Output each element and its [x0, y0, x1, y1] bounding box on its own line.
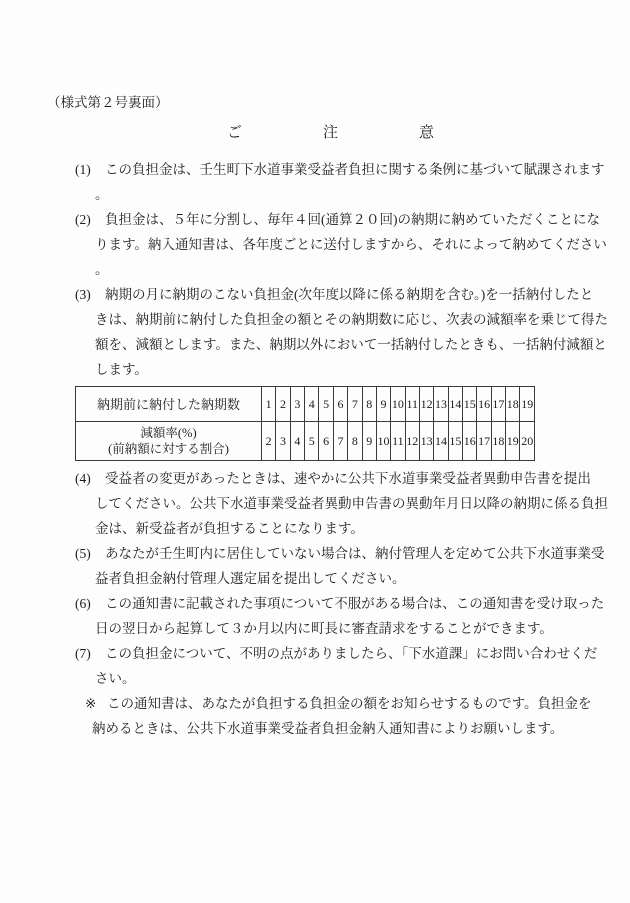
- item-line: します。: [95, 357, 584, 382]
- period-cell: 16: [477, 387, 491, 422]
- item-line: 。: [95, 257, 584, 282]
- item-line: (2)負担金は、５年に分割し、毎年４回(通算２０回)の納期に納めていただくことに…: [75, 207, 584, 232]
- document-page: （様式第２号裏面） ご 注 意 (1)この負担金は、壬生町下水道事業受益者負担に…: [0, 0, 630, 903]
- period-cell: 18: [506, 387, 520, 422]
- rate-cell: 2: [262, 422, 276, 461]
- rate-cell: 12: [405, 422, 419, 461]
- rate-cell: 9: [362, 422, 376, 461]
- item-number: (5): [75, 541, 105, 566]
- rate-cell: 18: [491, 422, 505, 461]
- notice-item-1: (1)この負担金は、壬生町下水道事業受益者負担に関する条例に基づいて賦課されます…: [75, 157, 584, 207]
- item-line: 日の翌日から起算して３か月以内に町長に審査請求をすることができます。: [95, 616, 584, 641]
- item-text: あなたが壬生町内に居住していない場合は、納付管理人を定めて公共下水道事業受: [105, 546, 605, 561]
- item-line: してください。公共下水道事業受益者異動申告書の異動年月日以降の納期に係る負担: [95, 491, 584, 516]
- notice-title: ご 注 意: [227, 123, 630, 143]
- period-cell: 9: [376, 387, 390, 422]
- period-cell: 11: [405, 387, 419, 422]
- notice-item-2: (2)負担金は、５年に分割し、毎年４回(通算２０回)の納期に納めていただくことに…: [75, 207, 584, 282]
- item-number: (6): [75, 591, 105, 616]
- item-line: (7)この負担金について、不明の点がありましたら、「下水道課」にお問い合わせくだ: [75, 641, 584, 666]
- rate-cell: 3: [276, 422, 290, 461]
- prepayment-reduction-table: 納期前に納付した納期数 1 2 3 4 5 6 7 8 9 10 11 12 1…: [75, 386, 535, 461]
- rate-cell: 5: [305, 422, 319, 461]
- rate-cell: 8: [348, 422, 362, 461]
- rate-label-line: (前納額に対する割合): [76, 441, 261, 457]
- footnote: ※この通知書は、あなたが負担する負担金の額をお知らせするものです。負担金を 納め…: [75, 691, 584, 741]
- item-text: 負担金は、５年に分割し、毎年４回(通算２０回)の納期に納めていただくことにな: [105, 212, 600, 227]
- item-number: (1): [75, 157, 105, 182]
- period-cell: 8: [362, 387, 376, 422]
- period-cell: 7: [348, 387, 362, 422]
- period-cell: 17: [491, 387, 505, 422]
- rate-cell: 16: [463, 422, 477, 461]
- notice-title-char: 意: [419, 123, 434, 143]
- item-line: 。: [95, 182, 584, 207]
- rate-cell: 20: [520, 422, 535, 461]
- notice-item-5: (5)あなたが壬生町内に居住していない場合は、納付管理人を定めて公共下水道事業受…: [75, 541, 584, 591]
- periods-row-label: 納期前に納付した納期数: [76, 387, 262, 422]
- item-line: (5)あなたが壬生町内に居住していない場合は、納付管理人を定めて公共下水道事業受: [75, 541, 584, 566]
- period-cell: 2: [276, 387, 290, 422]
- item-line: 額を、減額とします。また、納期以外において一括納付したときも、一括納付減額と: [95, 332, 584, 357]
- rates-row-label: 減額率(%) (前納額に対する割合): [76, 422, 262, 461]
- form-label: （様式第２号裏面）: [47, 95, 630, 111]
- table-row-periods: 納期前に納付した納期数 1 2 3 4 5 6 7 8 9 10 11 12 1…: [76, 387, 535, 422]
- item-line: 益者負担金納付管理人選定届を提出してください。: [95, 566, 584, 591]
- period-cell: 12: [419, 387, 433, 422]
- notice-title-char: ご: [227, 123, 242, 143]
- rate-cell: 7: [333, 422, 347, 461]
- rate-cell: 17: [477, 422, 491, 461]
- item-line: きは、納期前に納付した負担金の額とその納期数に応じ、次表の減額率を乗じて得た: [95, 307, 584, 332]
- item-line: ります。納入通知書は、各年度ごとに送付しますから、それによって納めてください: [95, 232, 584, 257]
- period-cell: 5: [319, 387, 333, 422]
- footnote-line: 納めるときは、公共下水道事業受益者負担金納入通知書によりお願いします。: [92, 716, 584, 741]
- item-line: (6)この通知書に記載された事項について不服がある場合は、この通知書を受け取った: [75, 591, 584, 616]
- item-line: 金は、新受益者が負担することになります。: [95, 516, 584, 541]
- notice-item-6: (6)この通知書に記載された事項について不服がある場合は、この通知書を受け取った…: [75, 591, 584, 641]
- rate-cell: 14: [434, 422, 448, 461]
- period-cell: 14: [448, 387, 462, 422]
- rate-cell: 6: [319, 422, 333, 461]
- rate-cell: 11: [391, 422, 405, 461]
- item-line: (4)受益者の変更があったときは、速やかに公共下水道事業受益者異動申告書を提出: [75, 466, 584, 491]
- item-number: (7): [75, 641, 105, 666]
- period-cell: 15: [463, 387, 477, 422]
- reference-mark: ※: [85, 691, 107, 716]
- notice-item-7: (7)この負担金について、不明の点がありましたら、「下水道課」にお問い合わせくだ…: [75, 641, 584, 691]
- period-cell: 10: [391, 387, 405, 422]
- rate-cell: 4: [290, 422, 304, 461]
- item-text: この負担金は、壬生町下水道事業受益者負担に関する条例に基づいて賦課されます: [105, 162, 605, 177]
- period-cell: 13: [434, 387, 448, 422]
- table-row-rates: 減額率(%) (前納額に対する割合) 2 3 4 5 6 7 8 9 10 11…: [76, 422, 535, 461]
- period-cell: 3: [290, 387, 304, 422]
- item-number: (2): [75, 207, 105, 232]
- rate-cell: 15: [448, 422, 462, 461]
- rate-cell: 19: [506, 422, 520, 461]
- item-line: (1)この負担金は、壬生町下水道事業受益者負担に関する条例に基づいて賦課されます: [75, 157, 584, 182]
- item-text: この通知書に記載された事項について不服がある場合は、この通知書を受け取った: [105, 596, 604, 611]
- rate-label-line: 減額率(%): [76, 425, 261, 441]
- notice-item-4: (4)受益者の変更があったときは、速やかに公共下水道事業受益者異動申告書を提出 …: [75, 466, 584, 541]
- item-number: (4): [75, 466, 105, 491]
- period-cell: 1: [262, 387, 276, 422]
- notice-item-3: (3)納期の月に納期のこない負担金(次年度以降に係る納期を含む。)を一括納付した…: [75, 282, 584, 382]
- footnote-text: この通知書は、あなたが負担する負担金の額をお知らせするものです。負担金を: [107, 696, 592, 711]
- rate-cell: 10: [376, 422, 390, 461]
- item-text: この負担金について、不明の点がありましたら、「下水道課」にお問い合わせくだ: [105, 646, 597, 661]
- period-cell: 6: [333, 387, 347, 422]
- footnote-line: ※この通知書は、あなたが負担する負担金の額をお知らせするものです。負担金を: [75, 691, 584, 716]
- rate-cell: 13: [419, 422, 433, 461]
- notice-body: (1)この負担金は、壬生町下水道事業受益者負担に関する条例に基づいて賦課されます…: [75, 157, 584, 741]
- period-cell: 19: [520, 387, 535, 422]
- notice-title-char: 注: [323, 123, 338, 143]
- period-cell: 4: [305, 387, 319, 422]
- item-text: 受益者の変更があったときは、速やかに公共下水道事業受益者異動申告書を提出: [105, 471, 591, 486]
- item-line: (3)納期の月に納期のこない負担金(次年度以降に係る納期を含む。)を一括納付した…: [75, 282, 584, 307]
- item-line: さい。: [95, 666, 584, 691]
- item-text: 納期の月に納期のこない負担金(次年度以降に係る納期を含む。)を一括納付したと: [105, 287, 593, 302]
- item-number: (3): [75, 282, 105, 307]
